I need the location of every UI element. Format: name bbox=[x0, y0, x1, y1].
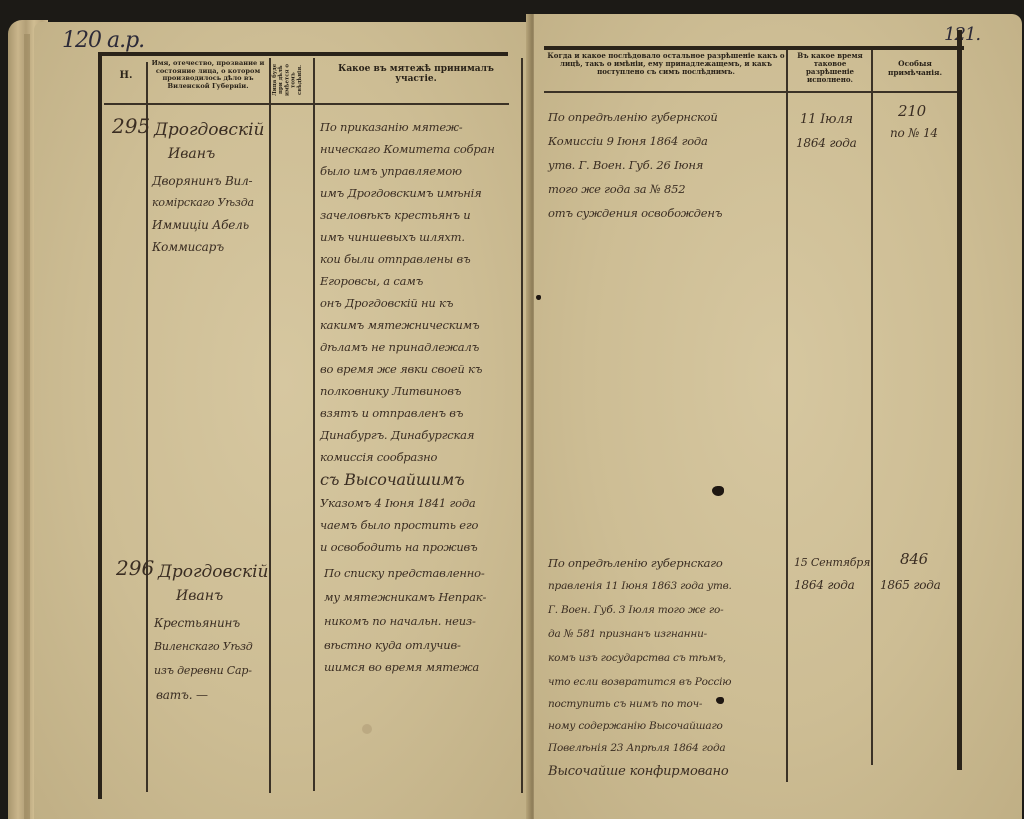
participation-line: было имъ управляемою bbox=[320, 164, 462, 178]
header-notes: Особыя примѣчанія. bbox=[873, 60, 957, 77]
participation-line: шимся во время мятежа bbox=[324, 660, 479, 674]
executed-line: 1864 года bbox=[794, 578, 855, 592]
participation-line: имъ Дрогдовскимъ имѣнія bbox=[320, 186, 482, 200]
resolution-line: Повелѣнія 23 Апрѣля 1864 года bbox=[548, 742, 726, 754]
notes-line: 1865 года bbox=[880, 578, 941, 592]
entry-name-line: Дрогдовскій bbox=[154, 120, 265, 140]
paper-hole bbox=[716, 697, 724, 704]
resolution-line: По опредѣленію губернскаго bbox=[548, 556, 723, 570]
participation-line: Указомъ 4 Іюня 1841 года bbox=[320, 496, 476, 510]
entry-name-line: Коммисаръ bbox=[152, 240, 224, 254]
paper-stain bbox=[362, 724, 372, 734]
participation-line: По приказанію мятеж- bbox=[320, 120, 463, 134]
participation-line: ническаго Комитета собран bbox=[320, 142, 495, 156]
entry-number: 296 bbox=[116, 556, 154, 580]
participation-line: Динабургъ. Динабургская bbox=[320, 428, 474, 442]
executed-line: 11 Іюля bbox=[800, 112, 853, 127]
executed-line: 1864 года bbox=[796, 136, 857, 150]
header-status: Лица буде при дѣлѣ имѣется о томъ свѣдѣн… bbox=[272, 58, 312, 102]
right-table-outer-border bbox=[957, 30, 962, 770]
entry-name-line: Иванъ bbox=[176, 588, 223, 604]
entry-number: 295 bbox=[112, 114, 150, 138]
participation-line: имъ чиншевыхъ шляхт. bbox=[320, 230, 465, 244]
left-table-outer-border bbox=[98, 54, 102, 799]
participation-line: во время же явки своей къ bbox=[320, 362, 482, 376]
participation-line: комиссія сообразно bbox=[320, 450, 437, 464]
left-header-bottom-rule bbox=[104, 103, 509, 105]
header-number: Н. bbox=[106, 70, 146, 82]
entry-name-line: изъ деревни Сар- bbox=[154, 664, 252, 677]
resolution-line: да № 581 признанъ изгнанни- bbox=[548, 628, 707, 640]
participation-line: и освободить на проживъ bbox=[320, 540, 478, 554]
left-col-divider-3 bbox=[313, 58, 315, 791]
resolution-line: ному содержанію Высочайшаго bbox=[548, 720, 723, 732]
left-table-top-rule bbox=[98, 52, 508, 56]
entry-name-line: Крестьянинъ bbox=[154, 616, 240, 630]
resolution-line: Г. Воен. Губ. 3 Іюля того же го- bbox=[548, 604, 724, 616]
right-col-divider-1 bbox=[786, 50, 788, 782]
header-participation: Какое въ мятежѣ принималъ участіе. bbox=[316, 64, 516, 85]
header-name: Имя, отечество, прозвание и состояние ли… bbox=[148, 60, 268, 90]
entry-name-line: комірскаго Уѣзда bbox=[152, 196, 254, 209]
entry-name-line: Дрогдовскій bbox=[158, 562, 269, 582]
entry-name-line: Виленскаго Уѣзд bbox=[154, 640, 253, 653]
header-resolution: Когда и какое послѣдовало остальное разр… bbox=[546, 52, 786, 76]
entry-name-line: Иммиціи Абель bbox=[152, 218, 249, 232]
ledger-spread: 120 а.р. 121. Н. Имя, отечество, прозван… bbox=[0, 0, 1024, 819]
participation-line: дѣламъ не принадлежалъ bbox=[320, 340, 479, 354]
resolution-line: правленія 11 Іюня 1863 года утв. bbox=[548, 580, 732, 592]
participation-line: кои были отправлены въ bbox=[320, 252, 470, 266]
entry-name-line: ватъ. — bbox=[156, 688, 208, 702]
resolution-line: утв. Г. Воен. Губ. 26 Іюня bbox=[548, 158, 703, 172]
notes-line: по № 14 bbox=[890, 126, 938, 140]
header-executed: Въ какое время таковое разрѣшеніе исполн… bbox=[789, 52, 871, 84]
page-stack-shadow bbox=[24, 34, 30, 819]
left-page-number: 120 а.р. bbox=[62, 28, 144, 53]
right-table-top-rule bbox=[544, 46, 964, 50]
left-col-divider-4 bbox=[521, 58, 523, 793]
participation-line: зачеловѣкъ крестьянъ и bbox=[320, 208, 471, 222]
participation-line: По списку представленно- bbox=[324, 566, 485, 580]
participation-line: чаемъ было простить его bbox=[320, 518, 478, 532]
participation-line: взятъ и отправленъ въ bbox=[320, 406, 463, 420]
resolution-line: что если возвратится въ Россію bbox=[548, 676, 731, 688]
resolution-line: комъ изъ государства съ тѣмъ, bbox=[548, 652, 726, 664]
right-col-divider-2 bbox=[871, 50, 873, 765]
participation-line: му мятежникамъ Непрак- bbox=[324, 590, 486, 604]
resolution-line: Комиссіи 9 Іюня 1864 года bbox=[548, 134, 708, 148]
participation-line: Егоровсы, а самъ bbox=[320, 274, 423, 288]
left-col-divider-2 bbox=[269, 58, 271, 793]
resolution-line: того же года за № 852 bbox=[548, 182, 685, 196]
participation-line: какимъ мятежническимъ bbox=[320, 318, 479, 332]
resolution-line: По опредѣленію губернской bbox=[548, 110, 718, 124]
entry-name-line: Дворянинъ Вил- bbox=[152, 174, 252, 188]
right-header-bottom-rule bbox=[544, 91, 960, 93]
right-page-number: 121. bbox=[944, 24, 980, 45]
notes-line: 846 bbox=[900, 550, 928, 568]
resolution-line: поступить съ нимъ по точ- bbox=[548, 698, 702, 710]
participation-line: съ Высочайшимъ bbox=[320, 470, 464, 489]
entry-name-line: Иванъ bbox=[168, 146, 215, 162]
paper-hole bbox=[712, 486, 724, 496]
executed-line: 15 Сентября bbox=[794, 556, 870, 569]
participation-line: никомъ по начальн. неиз- bbox=[324, 614, 476, 628]
paper-hole bbox=[536, 295, 541, 300]
notes-line: 210 bbox=[898, 102, 926, 120]
participation-line: онъ Дрогдовскій ни къ bbox=[320, 296, 453, 310]
participation-line: вѣстно куда отлучив- bbox=[324, 638, 461, 652]
left-col-divider-1 bbox=[146, 62, 148, 792]
participation-line: полковнику Литвиновъ bbox=[320, 384, 461, 398]
resolution-line: отъ суждения освобожденъ bbox=[548, 206, 722, 220]
resolution-line: Высочайше конфирмовано bbox=[548, 764, 729, 779]
